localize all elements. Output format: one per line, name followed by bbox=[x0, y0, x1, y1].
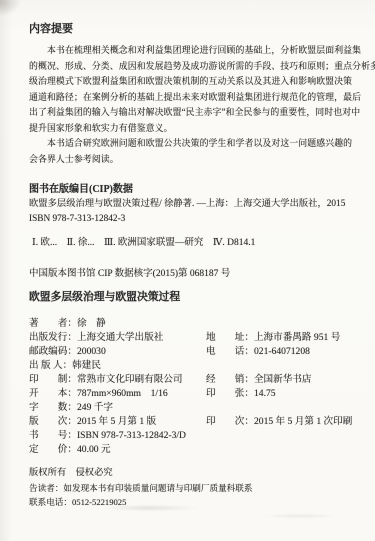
book-title: 欧盟多层级治理与欧盟决策过程 bbox=[29, 290, 365, 304]
cip-catalog-entry: 欧盟多层级治理与欧盟决策过程/ 徐静著. —上海：上海交通大学出版社，2015 bbox=[29, 197, 365, 212]
colophon-row-edition-impression: 版 次：2015 年 5 月第 1 版 印 次：2015 年 5 月第 1 次印… bbox=[29, 415, 365, 429]
field-label: 开 本： bbox=[29, 388, 77, 399]
field-value: 200030 bbox=[77, 346, 106, 357]
cip-isbn: ISBN 978-7-313-12842-3 bbox=[29, 212, 365, 227]
colophon-row-booknumber: 书 号：ISBN 978-7-313-12842-3/D bbox=[29, 429, 365, 443]
copyright-notice-section: 版权所有 侵权必究 告读者：如发现本书有印装质量问题请与印刷厂质量科联系 联系电… bbox=[29, 466, 365, 509]
book-copyright-page: 内容提要 本书在梳理相关概念和对利益集团理论进行回顾的基础上，分析欧盟层面利益集… bbox=[0, 0, 375, 541]
summary-heading: 内容提要 bbox=[29, 21, 365, 37]
field-value: 787mm×960mm 1/16 bbox=[77, 388, 168, 399]
colophon-row-publisher-address: 出版发行：上海交通大学出版社 地 址：上海市番禺路 951 号 bbox=[29, 331, 365, 345]
field-label: 印 制： bbox=[29, 374, 77, 385]
field-value: 2015 年 5 月第 1 版 bbox=[77, 416, 156, 427]
field-label: 邮政编码： bbox=[29, 346, 77, 357]
field-value: ISBN 978-7-313-12842-3/D bbox=[77, 430, 186, 441]
rights-statement: 版权所有 侵权必究 bbox=[29, 466, 365, 481]
field-label: 版 次： bbox=[29, 416, 77, 427]
summary-line: 通道和路径；在案例分析的基础上提出未来对欧盟利益集团进行规范化的管理，最后 bbox=[29, 90, 365, 106]
field-label: 经 销： bbox=[206, 374, 254, 385]
field-label: 出 版 人： bbox=[29, 360, 72, 371]
field-label: 字 数： bbox=[29, 402, 77, 413]
summary-line: 提升国家形象和软实力有借鉴意义。 bbox=[29, 121, 365, 137]
field-value: 常熟市文化印刷有限公司 bbox=[77, 374, 183, 385]
contact-phone: 联系电话：0512-52219025 bbox=[29, 495, 365, 509]
colophon-section: 著 者：徐 静 出版发行：上海交通大学出版社 地 址：上海市番禺路 951 号 … bbox=[29, 317, 365, 457]
field-label: 电 话： bbox=[206, 346, 254, 357]
summary-line: 会各界人士参考阅读。 bbox=[29, 152, 365, 168]
field-value: 全国新华书店 bbox=[254, 374, 312, 385]
content-summary-section: 内容提要 本书在梳理相关概念和对利益集团理论进行回顾的基础上，分析欧盟层面利益集… bbox=[29, 21, 365, 167]
summary-line: 的概况、形成、分类、成因和发展趋势及成功游说所需的手段、技巧和原则；重点分析多 bbox=[29, 59, 365, 75]
cip-registry-number: 中国版本图书馆 CIP 数据核字(2015)第 068187 号 bbox=[29, 267, 365, 282]
field-label: 印 次： bbox=[206, 416, 254, 427]
cip-heading: 图书在版编目(CIP)数据 bbox=[29, 183, 365, 197]
field-value: 40.00 元 bbox=[77, 444, 111, 455]
field-label: 出版发行： bbox=[29, 332, 77, 343]
field-label: 书 号： bbox=[29, 430, 77, 441]
colophon-row-publisher-person: 出 版 人：韩建民 bbox=[29, 359, 365, 373]
field-label: 著 者： bbox=[29, 318, 77, 329]
field-value: 上海交通大学出版社 bbox=[77, 332, 163, 343]
field-value: 上海市番禺路 951 号 bbox=[254, 332, 340, 343]
colophon-row-format-sheets: 开 本：787mm×960mm 1/16 印 张：14.75 bbox=[29, 387, 365, 401]
colophon-row-postcode-phone: 邮政编码：200030 电 话：021-64071208 bbox=[29, 345, 365, 359]
summary-line: 本书适合研究欧洲问题和欧盟公共决策的学生和学者以及对这一问题感兴趣的 bbox=[29, 136, 365, 152]
reader-notice: 告读者：如发现本书有印装质量问题请与印刷厂质量科联系 bbox=[29, 481, 365, 495]
colophon-row-printer-distributor: 印 制：常熟市文化印刷有限公司 经 销：全国新华书店 bbox=[29, 373, 365, 387]
field-value: 249 千字 bbox=[77, 402, 113, 413]
cip-classification: Ⅰ. 欧... Ⅱ. 徐... Ⅲ. 欧洲国家联盟—研究 Ⅳ. D814.1 bbox=[29, 236, 365, 251]
summary-line: 级治理模式下欧盟利益集团和欧盟决策机制的互动关系以及其进入和影响欧盟决策 bbox=[29, 74, 365, 90]
field-value: 徐 静 bbox=[77, 318, 106, 329]
cip-data-section: 图书在版编目(CIP)数据 欧盟多层级治理与欧盟决策过程/ 徐静著. —上海：上… bbox=[29, 183, 365, 281]
summary-line: 本书在梳理相关概念和对利益集团理论进行回顾的基础上，分析欧盟层面利益集 bbox=[29, 43, 365, 59]
field-value: 韩建民 bbox=[72, 360, 101, 371]
field-label: 地 址： bbox=[206, 332, 254, 343]
field-value: 2015 年 5 月第 1 次印刷 bbox=[254, 416, 352, 427]
colophon-row-wordcount: 字 数：249 千字 bbox=[29, 401, 365, 415]
field-label: 印 张： bbox=[206, 388, 254, 399]
colophon-row-price: 定 价：40.00 元 bbox=[29, 443, 365, 457]
colophon-row-author: 著 者：徐 静 bbox=[29, 317, 365, 331]
field-value: 021-64071208 bbox=[254, 346, 310, 357]
field-label: 定 价： bbox=[29, 444, 77, 455]
field-value: 14.75 bbox=[254, 388, 276, 399]
summary-line: 出了利益集团的输入与输出对解决欧盟“民主赤字”和全民参与的重要性，同时也对中 bbox=[29, 105, 365, 121]
